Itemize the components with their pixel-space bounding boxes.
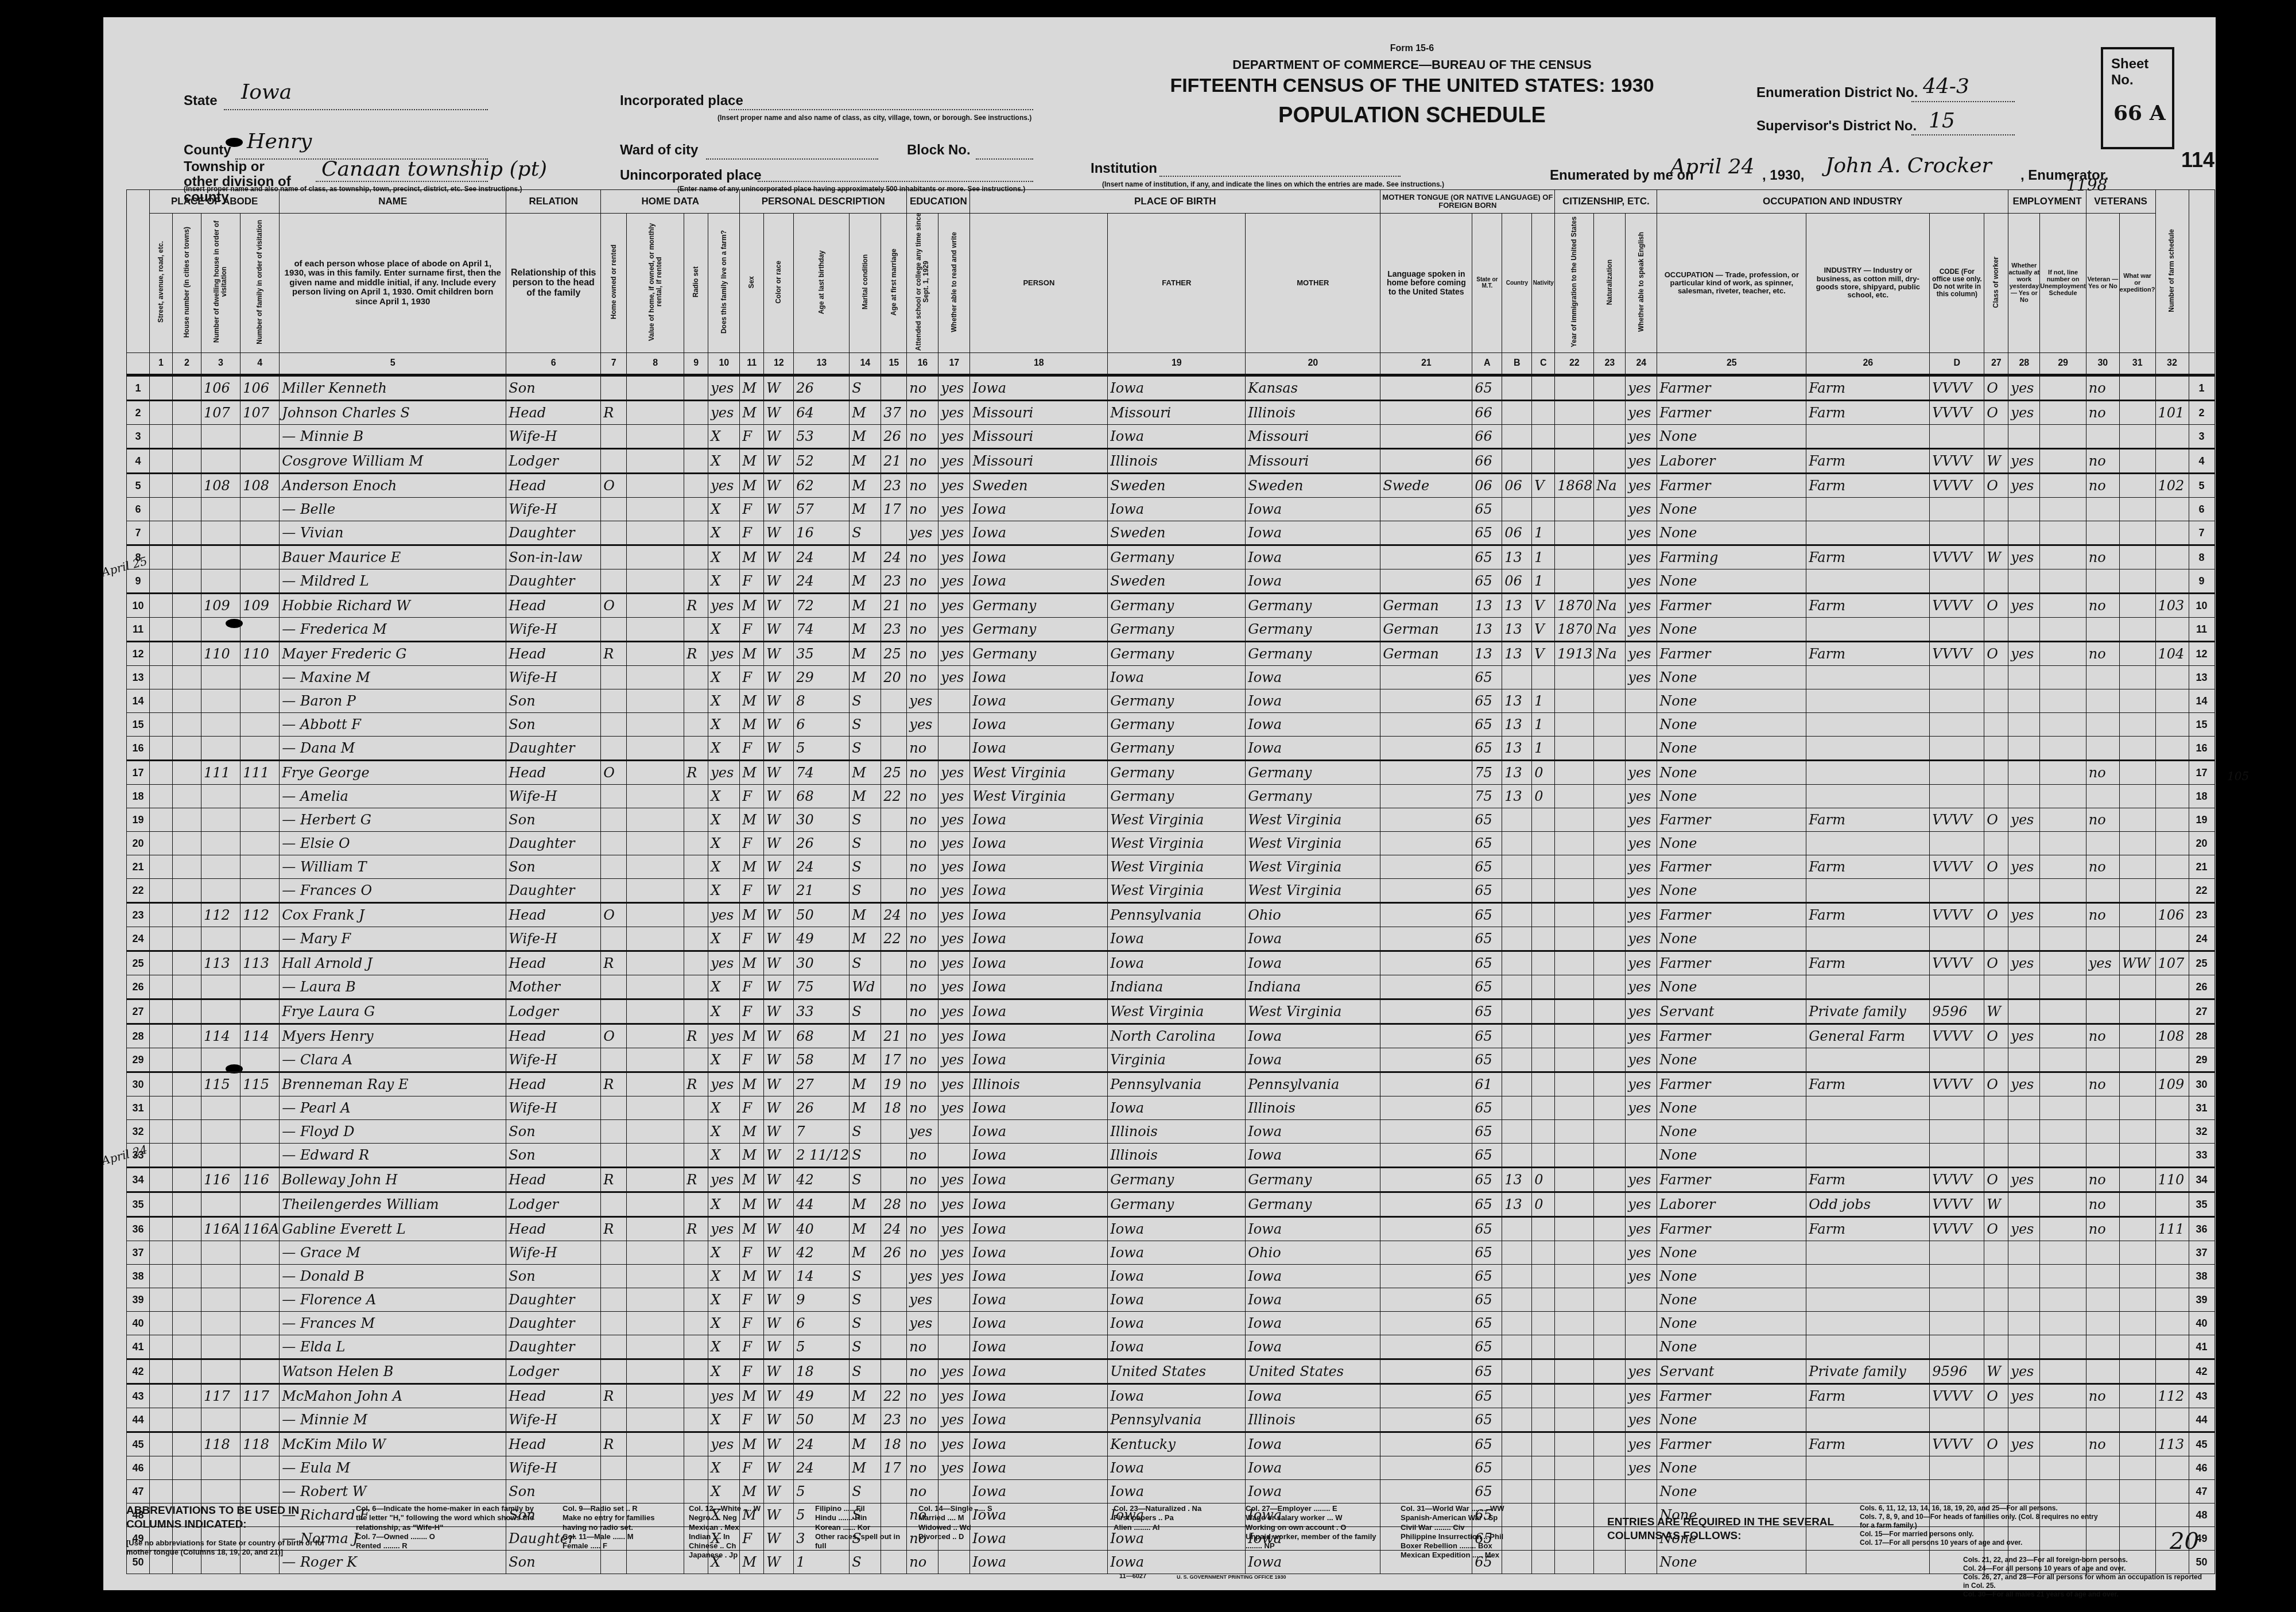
birthplace-father: West Virginia [1108,999,1246,1024]
unemployment-line [2040,401,2086,425]
family-number [241,666,280,689]
line-number: 37 [127,1241,150,1265]
speaks-english [1626,1480,1657,1503]
birthplace-father: Sweden [1108,521,1246,545]
home-owned [601,666,627,689]
code-a: 65 [1472,999,1502,1024]
birthplace-father: Iowa [1108,1312,1246,1335]
home-owned [601,545,627,569]
relation: Wife-H [506,666,601,689]
class-of-worker [1984,569,2008,594]
col-number: B [1502,353,1532,375]
dwelling-number [201,737,241,761]
col-number: 27 [1984,353,2008,375]
col-number: 31 [2119,353,2155,375]
house-number [173,1265,201,1288]
code-a: 65 [1472,1456,1502,1480]
code-b [1502,666,1532,689]
school-attendance: yes [907,1120,938,1144]
person-name: — Robert W [280,1480,506,1503]
naturalization [1594,1192,1626,1217]
class-of-worker: O [1984,951,2008,975]
col-27-header: Class of worker [1984,214,2008,353]
line-number: 9 [127,569,150,594]
farm-residence: X [708,855,740,879]
birthplace-father: Germany [1108,737,1246,761]
family-number [241,927,280,951]
line-number-right: 3 [2189,425,2214,449]
home-owned [601,1359,627,1384]
farm-residence: X [708,618,740,642]
col-11-header: Sex [740,214,764,353]
birthplace-mother: Ohio [1246,1241,1380,1265]
immigration-year [1555,855,1594,879]
mother-tongue [1380,1241,1472,1265]
industry [1806,1288,1930,1312]
age-first-marriage [881,375,907,401]
occupation-code: VVVV [1930,951,1984,975]
radio-set: R [684,1072,708,1096]
line-number-right: 36 [2189,1217,2214,1241]
code-c [1532,1335,1555,1359]
sex: F [740,521,764,545]
family-number [241,1480,280,1503]
col-7-header: Home owned or rented [601,214,627,353]
naturalization [1594,1096,1626,1120]
line-number-right: 46 [2189,1456,2214,1480]
veteran [2086,1120,2119,1144]
col-number: 32 [2155,353,2189,375]
age-first-marriage: 23 [881,618,907,642]
age-first-marriage: 37 [881,401,907,425]
code-c: 0 [1532,761,1555,785]
school-attendance: yes [907,1288,938,1312]
mother-tongue [1380,1217,1472,1241]
code-a: 13 [1472,642,1502,666]
abbrev-col12b: Filipino ..... Fil Hindu ....... Hin Kor… [815,1504,901,1551]
sex: M [740,1024,764,1048]
race: W [764,903,794,927]
occupation: Servant [1657,999,1806,1024]
person-name: — Elda L [280,1335,506,1359]
at-work [2008,1192,2040,1217]
birthplace-mother: Iowa [1246,1120,1380,1144]
code-b [1502,1384,1532,1408]
at-work: yes [2008,1168,2040,1192]
census-row: 4Cosgrove William MLodgerXMW52M21noyesMi… [127,449,2215,474]
occupation: None [1657,1312,1806,1335]
family-number [241,521,280,545]
at-work: yes [2008,545,2040,569]
census-row: 44— Minnie MWife-HXFW50M23noyesIowaPenns… [127,1408,2215,1432]
unemployment-line [2040,1168,2086,1192]
farm-schedule [2155,1312,2189,1335]
census-row: 17111111Frye GeorgeHeadORyesMW74M25noyes… [127,761,2215,785]
relation: Daughter [506,832,601,855]
mother-tongue [1380,498,1472,521]
birthplace-mother: Iowa [1246,569,1380,594]
relation: Daughter [506,879,601,903]
birthplace-father: Iowa [1108,1480,1246,1503]
code-a: 65 [1472,1265,1502,1288]
abbrev-col31: Col. 31—World War ........ WW Spanish-Am… [1401,1504,1561,1560]
birthplace-father: United States [1108,1359,1246,1384]
home-value [627,1048,684,1072]
immigration-year: 1870 [1555,594,1594,618]
veteran [2086,1312,2119,1335]
col-number: 9 [684,353,708,375]
race: W [764,1217,794,1241]
occupation: None [1657,1048,1806,1072]
page-stamp: 114 [2181,148,2214,172]
relation: Daughter [506,521,601,545]
school-attendance: no [907,1456,938,1480]
age: 58 [794,1048,850,1072]
sex: F [740,666,764,689]
home-owned: O [601,761,627,785]
occupation-code: VVVV [1930,1384,1984,1408]
home-owned [601,713,627,737]
relation: Daughter [506,569,601,594]
naturalization: Na [1594,594,1626,618]
race: W [764,1432,794,1456]
unemployment-line [2040,855,2086,879]
radio-set [684,879,708,903]
farm-schedule: 104 [2155,642,2189,666]
census-sheet: State Iowa County Henry Township or othe… [103,17,2216,1590]
radio-set [684,1241,708,1265]
veteran: no [2086,903,2119,927]
unemployment-line [2040,1144,2086,1168]
code-b [1502,1241,1532,1265]
code-a: 65 [1472,1096,1502,1120]
mother-tongue: German [1380,642,1472,666]
house-number [173,1144,201,1168]
relation: Head [506,474,601,498]
race: W [764,401,794,425]
census-row: 18— AmeliaWife-HXFW68M22noyesWest Virgin… [127,785,2215,808]
dwelling-number: 115 [201,1072,241,1096]
school-attendance: no [907,618,938,642]
literacy: yes [938,832,970,855]
census-row: 22— Frances ODaughterXFW21SnoyesIowaWest… [127,879,2215,903]
col-25-header: OCCUPATION — Trade, profession, or parti… [1657,214,1806,353]
house-number [173,975,201,999]
industry [1806,927,1930,951]
sex: M [740,1072,764,1096]
naturalization [1594,401,1626,425]
group-citizenship: CITIZENSHIP, ETC. [1555,190,1657,214]
birthplace-mother: West Virginia [1246,832,1380,855]
class-of-worker [1984,1144,2008,1168]
literacy: yes [938,1217,970,1241]
literacy: yes [938,1384,970,1408]
relation: Son [506,1144,601,1168]
home-owned [601,1192,627,1217]
code-b [1502,1480,1532,1503]
naturalization [1594,927,1626,951]
code-c [1532,1408,1555,1432]
code-a: 13 [1472,594,1502,618]
age: 40 [794,1217,850,1241]
farm-residence: yes [708,1384,740,1408]
family-number [241,713,280,737]
class-of-worker [1984,832,2008,855]
school-attendance: no [907,642,938,666]
marital-status: M [850,927,881,951]
occupation: None [1657,498,1806,521]
sex: M [740,855,764,879]
class-of-worker: O [1984,401,2008,425]
industry: Farm [1806,545,1930,569]
war-expedition [2119,785,2155,808]
speaks-english: yes [1626,642,1657,666]
occupation: Farmer [1657,855,1806,879]
farm-residence: X [708,1265,740,1288]
race: W [764,1288,794,1312]
war-expedition [2119,999,2155,1024]
family-number [241,689,280,713]
code-a: 65 [1472,879,1502,903]
unemployment-line [2040,761,2086,785]
person-name: — Vivian [280,521,506,545]
birthplace-person: Iowa [970,1241,1108,1265]
street [150,855,173,879]
age: 50 [794,1408,850,1432]
veteran [2086,737,2119,761]
marital-status: M [850,594,881,618]
class-of-worker: O [1984,474,2008,498]
immigration-year [1555,1335,1594,1359]
mother-tongue [1380,1072,1472,1096]
race: W [764,1265,794,1288]
code-b: 13 [1502,1168,1532,1192]
street [150,474,173,498]
street [150,785,173,808]
house-number [173,1241,201,1265]
war-expedition [2119,975,2155,999]
code-c [1532,1288,1555,1312]
at-work: yes [2008,1359,2040,1384]
at-work [2008,832,2040,855]
code-b [1502,1120,1532,1144]
birthplace-mother: Iowa [1246,1384,1380,1408]
naturalization [1594,449,1626,474]
person-name: Cosgrove William M [280,449,506,474]
farm-residence: X [708,1335,740,1359]
occupation: Farmer [1657,1217,1806,1241]
birthplace-father: Germany [1108,545,1246,569]
dwelling-number [201,1288,241,1312]
industry [1806,1048,1930,1072]
col-32-header: Number of farm schedule [2155,190,2189,353]
naturalization [1594,1241,1626,1265]
marital-status: S [850,689,881,713]
mother-tongue [1380,1359,1472,1384]
farm-schedule [2155,1456,2189,1480]
literacy: yes [938,1265,970,1288]
age-first-marriage: 21 [881,594,907,618]
age: 9 [794,1288,850,1312]
marital-status: M [850,1048,881,1072]
school-attendance: no [907,474,938,498]
birthplace-father: West Virginia [1108,879,1246,903]
farm-residence: yes [708,1072,740,1096]
code-c [1532,951,1555,975]
age-first-marriage: 22 [881,1384,907,1408]
veteran [2086,1048,2119,1072]
code-c [1532,832,1555,855]
street [150,1480,173,1503]
class-of-worker: O [1984,642,2008,666]
line-number-header-right [2189,190,2214,353]
street [150,1096,173,1120]
col-number: 23 [1594,353,1626,375]
birthplace-person: Iowa [970,832,1108,855]
farm-schedule: 110 [2155,1168,2189,1192]
line-number-right: 38 [2189,1265,2214,1288]
age-first-marriage: 28 [881,1192,907,1217]
race: W [764,569,794,594]
col-number: 1 [150,353,173,375]
naturalization: Na [1594,474,1626,498]
institution-label: Institution [1091,161,1157,177]
birthplace-father: Iowa [1108,1288,1246,1312]
abbrev-title: ABBREVIATIONS TO BE USED IN COLUMNS INDI… [126,1504,344,1532]
line-number: 1 [127,375,150,401]
race: W [764,594,794,618]
war-expedition [2119,449,2155,474]
house-number [173,689,201,713]
family-number: 114 [241,1024,280,1048]
birthplace-person: Iowa [970,1432,1108,1456]
war-expedition [2119,569,2155,594]
unemployment-line [2040,1048,2086,1072]
occupation: Farmer [1657,474,1806,498]
occupation: Laborer [1657,1192,1806,1217]
occupation: None [1657,785,1806,808]
occupation-code [1930,569,1984,594]
code-b [1502,879,1532,903]
code-b [1502,1072,1532,1096]
farm-schedule [2155,832,2189,855]
farm-schedule: 106 [2155,903,2189,927]
sex: F [740,879,764,903]
war-expedition [2119,1144,2155,1168]
marital-status: M [850,401,881,425]
line-number: 43 [127,1384,150,1408]
at-work [2008,1335,2040,1359]
home-owned [601,737,627,761]
farm-schedule: 102 [2155,474,2189,498]
naturalization [1594,1456,1626,1480]
age: 64 [794,401,850,425]
occupation-code [1930,1241,1984,1265]
age-first-marriage [881,1288,907,1312]
naturalization [1594,1408,1626,1432]
class-of-worker: O [1984,903,2008,927]
col-12-header: Color or race [764,214,794,353]
occupation-code [1930,1048,1984,1072]
mother-tongue [1380,689,1472,713]
school-attendance: no [907,1192,938,1217]
naturalization [1594,832,1626,855]
school-attendance: no [907,1408,938,1432]
speaks-english: yes [1626,594,1657,618]
literacy: yes [938,498,970,521]
home-owned [601,975,627,999]
race: W [764,545,794,569]
marital-status: M [850,1096,881,1120]
code-c [1532,1024,1555,1048]
farm-residence: X [708,1144,740,1168]
farm-schedule [2155,737,2189,761]
line-number-right: 13 [2189,666,2214,689]
street [150,927,173,951]
street [150,1072,173,1096]
birthplace-father: Illinois [1108,1144,1246,1168]
unemployment-line [2040,713,2086,737]
sex: M [740,1480,764,1503]
radio-set [684,425,708,449]
line-number: 17 [127,761,150,785]
at-work [2008,1480,2040,1503]
farm-residence: X [708,449,740,474]
race: W [764,1192,794,1217]
home-value [627,927,684,951]
school-attendance: yes [907,521,938,545]
race: W [764,975,794,999]
occupation: Farmer [1657,903,1806,927]
col-18-header: PERSON [970,214,1108,353]
birthplace-person: Germany [970,618,1108,642]
radio-set [684,975,708,999]
family-number: 112 [241,903,280,927]
dwelling-number: 108 [201,474,241,498]
naturalization [1594,1432,1626,1456]
person-name: — Florence A [280,1288,506,1312]
at-work [2008,1265,2040,1288]
birthplace-person: Missouri [970,425,1108,449]
occupation: None [1657,975,1806,999]
age: 53 [794,425,850,449]
veteran [2086,1241,2119,1265]
code-c [1532,1096,1555,1120]
code-b [1502,1024,1532,1048]
line-number: 27 [127,999,150,1024]
home-value [627,1432,684,1456]
occupation: None [1657,666,1806,689]
line-number-right: 31 [2189,1096,2214,1120]
birthplace-person: Iowa [970,879,1108,903]
industry: Farm [1806,903,1930,927]
age: 6 [794,1312,850,1335]
birthplace-mother: Pennsylvania [1246,1072,1380,1096]
person-name: — Pearl A [280,1096,506,1120]
age: 18 [794,1359,850,1384]
school-attendance: no [907,1048,938,1072]
industry: Farm [1806,1168,1930,1192]
speaks-english: yes [1626,474,1657,498]
code-a: 65 [1472,1312,1502,1335]
census-rows: 1106106Miller KennethSonyesMW26SnoyesIow… [127,375,2215,1574]
birthplace-person: Iowa [970,1120,1108,1144]
immigration-year [1555,498,1594,521]
birthplace-father: Kentucky [1108,1432,1246,1456]
speaks-english: yes [1626,375,1657,401]
col-20-header: MOTHER [1246,214,1380,353]
marital-status: S [850,808,881,832]
